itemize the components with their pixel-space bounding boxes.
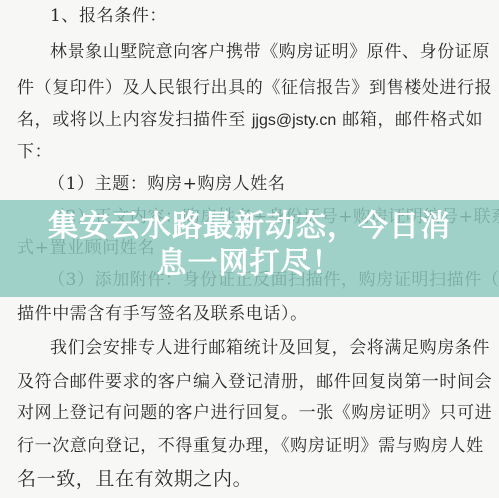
email-address: jjgs@jsty.cn — [252, 112, 336, 129]
list-item: 描件中需含有手写签名及联系电话）。 — [17, 304, 479, 324]
section-heading: 1、报名条件： — [50, 6, 499, 26]
overlay-title: 集安云水路最新动态，今日消 息一网打尽！ — [0, 208, 499, 282]
overlay-title-line2: 息一网打尽！ — [0, 245, 499, 282]
paragraph-line: 对网上登记有问题的客户进行回复。一张《购房证明》只可进 — [17, 403, 479, 423]
paragraph-text: 名，或将以上内容发扫描件至 — [17, 110, 246, 130]
paragraph-line: 我们会安排专人进行邮箱统计及回复，会将满足购房条件 — [50, 338, 499, 358]
overlay-title-line1: 集安云水路最新动态，今日消 — [0, 208, 499, 245]
paragraph-line: 下： — [17, 142, 479, 162]
list-item: （1）主题：购房+购房人姓名 — [48, 174, 499, 194]
paragraph-line: 件（复印件）及人民银行出具的《征信报告》到售楼处进行报 — [17, 78, 479, 98]
paragraph-line: 名，或将以上内容发扫描件至 jjgs@jsty.cn 邮箱，邮件格式如 — [17, 110, 479, 131]
paragraph-line: 名一致，且在有效期之内。 — [17, 469, 479, 489]
paragraph-line: 林景象山墅院意向客户携带《购房证明》原件、身份证原 — [50, 42, 499, 62]
paragraph-line: 及符合邮件要求的客户编入登记清册，邮件回复岗第一时间会 — [17, 372, 479, 392]
paragraph-text: 邮箱，邮件格式如 — [342, 110, 483, 130]
paragraph-line: 行一次意向登记，不得重复办理，《购房证明》需与购房人姓 — [17, 436, 479, 456]
